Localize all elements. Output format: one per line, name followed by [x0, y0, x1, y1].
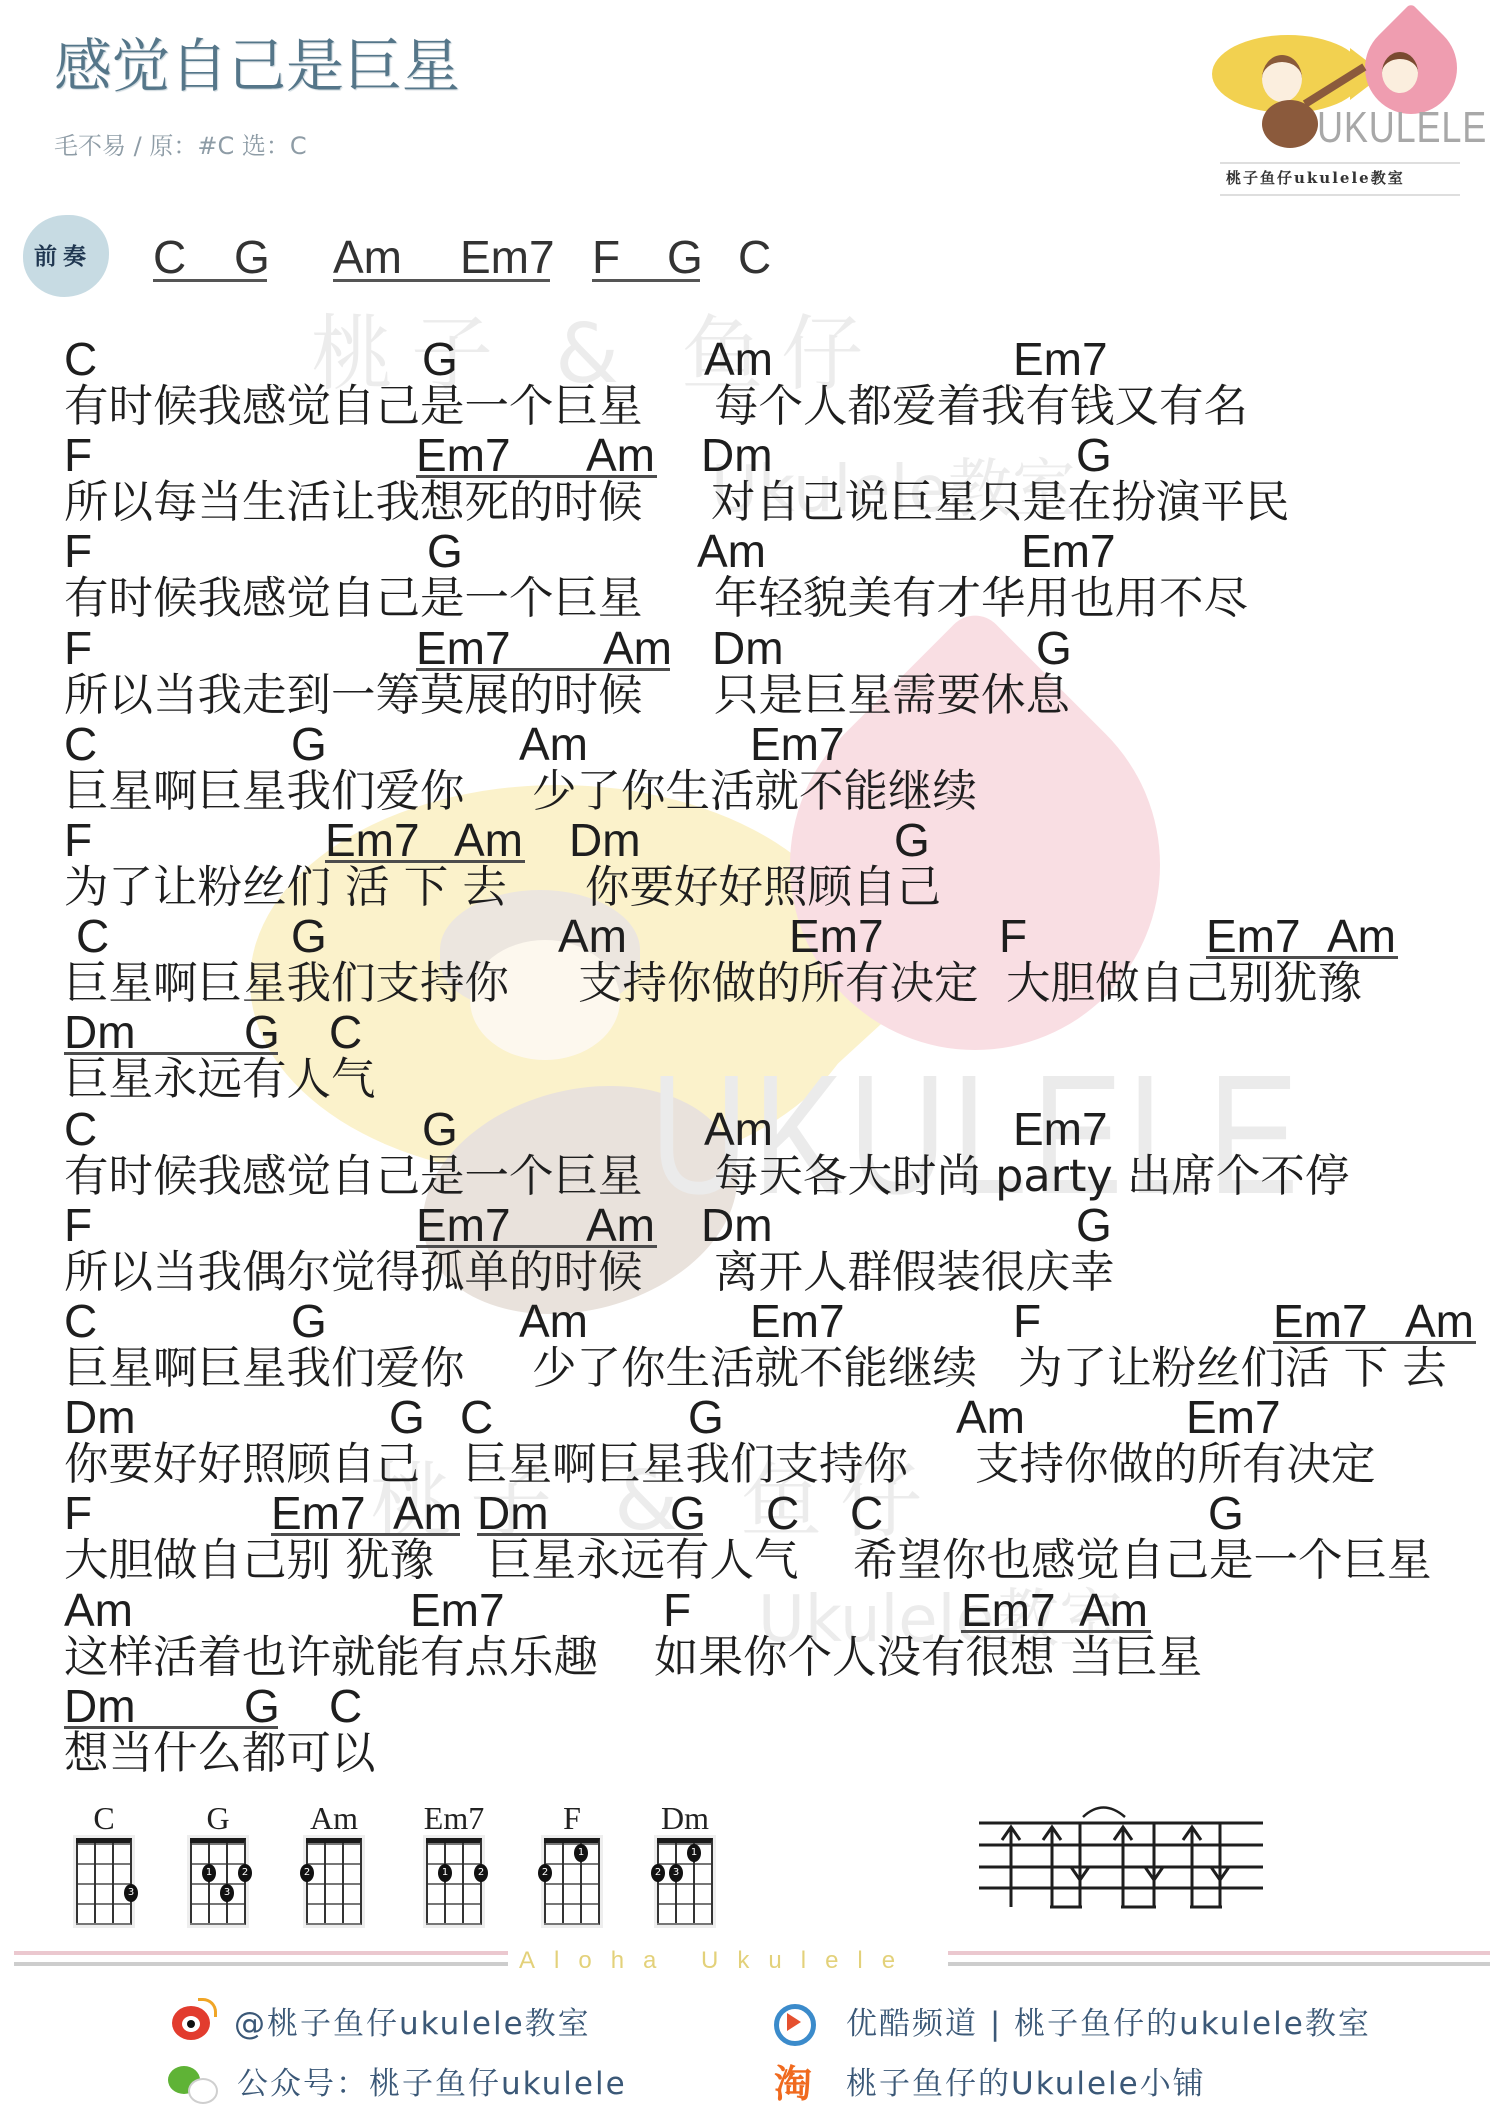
chord: Am [454, 816, 523, 864]
chord: Em7 [1013, 1105, 1108, 1153]
lyric-segment: 希望你也感觉自己是一个巨星 [853, 1537, 1432, 1585]
lyric-segment: 你要好好照顾自己 [64, 1441, 420, 1489]
chord: G [244, 1682, 280, 1730]
lyric-line: 巨星永远有人气 [0, 1056, 1500, 1104]
chord: C [329, 1682, 362, 1730]
divider-line [14, 1951, 508, 1955]
chord-line: F Em7 Am Dm G C C G [0, 1489, 1500, 1537]
chord: F [64, 1489, 92, 1537]
chord: G [667, 233, 703, 281]
lyric-segment: 少了你生活就不能继续 [532, 1345, 977, 1393]
lyric-segment: 每个人都爱着我有钱又有名 [714, 383, 1248, 431]
chord-line: F Em7 Am Dm G [0, 624, 1500, 672]
chord-line: C G Am Em7 [0, 720, 1500, 768]
wechat-account: 公众号：桃子鱼仔ukulele [237, 2064, 627, 2104]
divider-line [14, 1962, 508, 1966]
lyric-segment: 对自己说巨星只是在扮演平民 [711, 479, 1290, 527]
chord: Em7 [789, 912, 884, 960]
lyric-segment: 所以当我偶尔觉得孤单的时候 [64, 1249, 643, 1297]
fretboard-grid: 2 [306, 1838, 362, 1925]
weibo-icon-signal [198, 1998, 217, 2017]
lyric-line: 你要好好照顾自己 巨星啊巨星我们支持你 支持你做的所有决定 [0, 1441, 1500, 1489]
chord-diagram-dm: Dm 1 2 3 [657, 1798, 713, 1923]
lyric-line: 巨星啊巨星我们爱你 少了你生活就不能继续 [0, 768, 1500, 816]
lyric-segment: 大胆做自己别 犹豫 [64, 1537, 434, 1585]
finger-dot: 3 [669, 1864, 683, 1882]
chord-diagram-name: Dm [632, 1798, 738, 1838]
lyric-segment: 有时候我感觉自己是一个巨星 [64, 1153, 643, 1201]
lyric-line: 有时候我感觉自己是一个巨星 每天各大时尚 party 出席个不停 [0, 1153, 1500, 1201]
finger-dot: 1 [438, 1864, 452, 1882]
chord: Em7 [750, 720, 845, 768]
chord: G [422, 1105, 458, 1153]
chord: C [153, 233, 186, 281]
chord: Am [603, 624, 672, 672]
chord: G [234, 233, 270, 281]
chord: G [427, 527, 463, 575]
chord-diagram-name: F [519, 1798, 625, 1838]
chord: C [64, 335, 97, 383]
logo-ukulele-icon [1262, 100, 1318, 148]
chord: F [1013, 1297, 1041, 1345]
chord: Em7 [416, 624, 511, 672]
chord: F [999, 912, 1027, 960]
lyric-segment: 如果你个人没有很想 当巨星 [654, 1634, 1202, 1682]
chord-line: C G Am Em7 [0, 335, 1500, 383]
chord: C [738, 233, 771, 281]
chord: Am [586, 1201, 655, 1249]
finger-dot: 2 [238, 1864, 252, 1882]
lyric-segment: 巨星永远有人气 [64, 1056, 376, 1104]
youku-channel: 优酷频道 | 桃子鱼仔的ukulele教室 [846, 2004, 1371, 2044]
down-arrow-icon [1071, 1823, 1089, 1907]
chord: F [64, 527, 92, 575]
chord: Am [519, 720, 588, 768]
fretboard-grid: 1 2 [544, 1838, 600, 1925]
chord: G [670, 1489, 706, 1537]
finger-dot: 2 [651, 1864, 665, 1882]
fretboard-grid: 1 2 3 [657, 1838, 713, 1925]
logo-divider [1220, 194, 1460, 196]
chord: F [64, 624, 92, 672]
lyric-segment: 支持你做的所有决定 [578, 960, 979, 1008]
chord-sheet: 感觉自己是巨星 毛不易 / 原：#C 选：C UKULELE 桃子鱼仔ukule… [0, 0, 1500, 2123]
chord-line: C G Am Em7 F Em7 Am [0, 1297, 1500, 1345]
lyric-segment: 每天各大时尚 party 出席个不停 [714, 1153, 1349, 1201]
chord: C [460, 1393, 493, 1441]
chord: Em7 [961, 1586, 1056, 1634]
chord-line: Dm G C [0, 1008, 1500, 1056]
chord: G [1208, 1489, 1244, 1537]
lyric-line: 所以当我走到一筹莫展的时候 只是巨星需要休息 [0, 672, 1500, 720]
chord: C [850, 1489, 883, 1537]
divider-line [948, 1962, 1490, 1966]
lyric-segment: 有时候我感觉自己是一个巨星 [64, 575, 643, 623]
lyric-segment: 所以当我走到一筹莫展的时候 [64, 672, 643, 720]
lyric-line: 所以当我偶尔觉得孤单的时候 离开人群假装很庆幸 [0, 1249, 1500, 1297]
finger-dot: 1 [574, 1844, 588, 1862]
chord: Dm [712, 624, 784, 672]
chord: G [1076, 431, 1112, 479]
lyric-segment: 支持你做的所有决定 [975, 1441, 1376, 1489]
chord: C [329, 1008, 362, 1056]
chord-underline [333, 279, 550, 282]
fretboard-grid: 1 2 [426, 1838, 482, 1925]
logo-caption: 桃子鱼仔ukulele教室 [1226, 167, 1405, 189]
finger-dot: 2 [300, 1864, 314, 1882]
chord: C [64, 1297, 97, 1345]
lyric-segment: 少了你生活就不能继续 [532, 768, 977, 816]
song-title: 感觉自己是巨星 [54, 30, 460, 102]
chord: Em7 [460, 233, 555, 281]
chord-diagram-c: C 3 [76, 1798, 132, 1923]
fretboard-grid: 1 2 3 [190, 1838, 246, 1925]
lyric-segment: 你要好好照顾自己 [585, 864, 941, 912]
chord: Em7 [416, 1201, 511, 1249]
chord: Em7 [410, 1586, 505, 1634]
chord: Dm [64, 1682, 136, 1730]
song-subtitle: 毛不易 / 原：#C 选：C [54, 131, 307, 161]
lyric-segment: 巨星啊巨星我们爱你 [64, 768, 465, 816]
chord: Dm [477, 1489, 549, 1537]
lyric-segment: 想当什么都可以 [64, 1730, 376, 1778]
finger-dot: 3 [124, 1884, 138, 1902]
lyric-line: 这样活着也许就能有点乐趣 如果你个人没有很想 当巨星 [0, 1634, 1500, 1682]
chord: G [291, 912, 327, 960]
chord-underline [153, 279, 267, 282]
chord-line: Am Em7 F Em7 Am [0, 1586, 1500, 1634]
chord: Am [393, 1489, 462, 1537]
lyric-segment: 离开人群假装很庆幸 [714, 1249, 1115, 1297]
lyric-line: 有时候我感觉自己是一个巨星 每个人都爱着我有钱又有名 [0, 383, 1500, 431]
chord: Em7 [1273, 1297, 1368, 1345]
chord: Am [586, 431, 655, 479]
divider-line [948, 1951, 1490, 1955]
chord: C [76, 912, 109, 960]
chord: F [64, 431, 92, 479]
chord: G [291, 1297, 327, 1345]
lyric-line: 大胆做自己别 犹豫 巨星永远有人气 希望你也感觉自己是一个巨星 [0, 1537, 1500, 1585]
lyric-segment: 为了让粉丝们 活 下 去 [64, 864, 507, 912]
lyric-segment: 巨星永远有人气 [487, 1537, 799, 1585]
chord: Am [519, 1297, 588, 1345]
intro-chord-line: C G Am Em7 F G C [0, 233, 1500, 281]
chord: G [422, 335, 458, 383]
chord: Dm [569, 816, 641, 864]
chord: Am [1405, 1297, 1474, 1345]
lyric-line: 为了让粉丝们 活 下 去 你要好好照顾自己 [0, 864, 1500, 912]
chord: Am [956, 1393, 1025, 1441]
chord: F [64, 816, 92, 864]
chord-diagram-f: F 1 2 [544, 1798, 600, 1923]
chord-diagram-name: C [51, 1798, 157, 1838]
lyric-segment: 巨星啊巨星我们爱你 [64, 1345, 465, 1393]
chord: Em7 [1013, 335, 1108, 383]
chord: Am [64, 1586, 133, 1634]
chord: Em7 [1021, 527, 1116, 575]
chord: G [389, 1393, 425, 1441]
chord: Em7 [1206, 912, 1301, 960]
lyric-line: 有时候我感觉自己是一个巨星 年轻貌美有才华用也用不尽 [0, 575, 1500, 623]
logo-brand-text: UKULELE [1317, 104, 1487, 152]
chord: F [663, 1586, 691, 1634]
chord: C [766, 1489, 799, 1537]
wechat-icon-bubble [188, 2078, 218, 2104]
chord: G [1036, 624, 1072, 672]
chord: F [592, 233, 620, 281]
lyric-segment: 所以每当生活让我想死的时候 [64, 479, 643, 527]
lyric-line: 巨星啊巨星我们爱你 少了你生活就不能继续 为了让粉丝们活 下 去 [0, 1345, 1500, 1393]
chord: C [64, 720, 97, 768]
logo-girl-face-icon [1262, 55, 1302, 102]
lyric-line: 巨星啊巨星我们支持你 支持你做的所有决定 大胆做自己别犹豫 [0, 960, 1500, 1008]
chord: Dm [64, 1393, 136, 1441]
chord-line: C G Am Em7 [0, 1105, 1500, 1153]
lyric-segment: 为了让粉丝们活 下 去 [1018, 1345, 1447, 1393]
chord: Am [704, 1105, 773, 1153]
finger-dot: 1 [202, 1864, 216, 1882]
chord: Dm [64, 1008, 136, 1056]
taobao-shop: 桃子鱼仔的Ukulele小铺 [846, 2064, 1206, 2104]
chord-line: C G Am Em7 F Em7 Am [0, 912, 1500, 960]
chord-line: F Em7 Am Dm G [0, 1201, 1500, 1249]
lyric-line: 所以每当生活让我想死的时候 对自己说巨星只是在扮演平民 [0, 479, 1500, 527]
chord: Am [704, 335, 773, 383]
chord: Am [1327, 912, 1396, 960]
play-icon [787, 2013, 801, 2031]
chord: Em7 [325, 816, 420, 864]
chord-line: F G Am Em7 [0, 527, 1500, 575]
chord: G [688, 1393, 724, 1441]
chord-line: Dm G C [0, 1682, 1500, 1730]
chord-diagram-name: Em7 [401, 1798, 507, 1838]
chord-diagram-name: G [165, 1798, 271, 1838]
finger-dot: 1 [687, 1844, 701, 1862]
down-arrow-icon [1145, 1823, 1163, 1907]
chord: Am [333, 233, 402, 281]
weibo-icon-eye [187, 2020, 195, 2028]
chord-diagram-am: Am 2 [306, 1798, 362, 1923]
taobao-icon: 淘 [774, 2062, 812, 2106]
chord: Em7 [416, 431, 511, 479]
strum-pattern [950, 1780, 1300, 1930]
chord: G [291, 720, 327, 768]
chord: Am [558, 912, 627, 960]
chord: F [64, 1201, 92, 1249]
finger-dot: 3 [220, 1884, 234, 1902]
divider-text: Aloha Ukulele [519, 1946, 914, 1976]
chord: G [1076, 1201, 1112, 1249]
chord: Dm [701, 431, 773, 479]
chord-diagram-g: G 1 2 3 [190, 1798, 246, 1923]
finger-dot: 2 [538, 1864, 552, 1882]
chord: Em7 [271, 1489, 366, 1537]
chord: G [244, 1008, 280, 1056]
lyric-segment: 巨星啊巨星我们支持你 [64, 960, 509, 1008]
lyric-line: 想当什么都可以 [0, 1730, 1500, 1778]
logo-boy-face-icon [1382, 52, 1418, 93]
down-arrow-icon [1211, 1823, 1229, 1907]
chord-line: F Em7 Am Dm G [0, 816, 1500, 864]
chord-line: Dm G C G Am Em7 [0, 1393, 1500, 1441]
logo-divider [1220, 162, 1460, 164]
lyric-segment: 这样活着也许就能有点乐趣 [64, 1634, 598, 1682]
chord-underline [592, 279, 700, 282]
brand-logo: UKULELE 桃子鱼仔ukulele教室 [1200, 0, 1500, 205]
lyric-segment: 年轻貌美有才华用也用不尽 [714, 575, 1248, 623]
chord: Em7 [1186, 1393, 1281, 1441]
chord: Am [1079, 1586, 1148, 1634]
tie-arc [1083, 1808, 1125, 1818]
chord: G [894, 816, 930, 864]
finger-dot: 2 [474, 1864, 488, 1882]
chord: Am [697, 527, 766, 575]
lyric-segment: 大胆做自己别犹豫 [1006, 960, 1362, 1008]
weibo-handle: @桃子鱼仔ukulele教室 [234, 2004, 591, 2044]
lyric-segment: 只是巨星需要休息 [714, 672, 1070, 720]
chord: Em7 [750, 1297, 845, 1345]
lyric-segment: 有时候我感觉自己是一个巨星 [64, 383, 643, 431]
fretboard-grid: 3 [76, 1838, 132, 1925]
chord-line: F Em7 Am Dm G [0, 431, 1500, 479]
chord-diagram-name: Am [281, 1798, 387, 1838]
lyric-segment: 巨星啊巨星我们支持你 [463, 1441, 908, 1489]
chord: Dm [701, 1201, 773, 1249]
chord-diagram-em7: Em7 1 2 [426, 1798, 482, 1923]
chord: C [64, 1105, 97, 1153]
